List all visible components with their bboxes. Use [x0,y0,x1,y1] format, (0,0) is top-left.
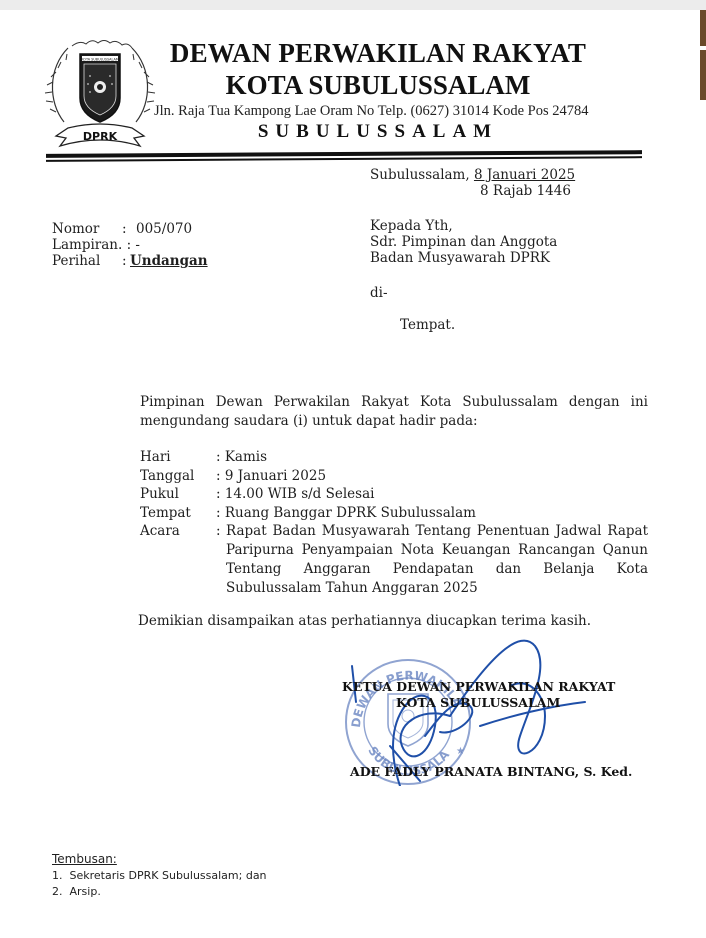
letterhead-title-line1: DEWAN PERWAKILAN RAKYAT [168,38,588,69]
detail-label-pukul: Pukul [140,486,179,502]
perihal-sep: : [122,253,130,269]
signatory-title-line2: KOTA SUBULUSSALAM [396,695,560,710]
lampiran-sep: : [127,237,132,253]
date-line: Subulussalam, 8 Januari 2025 [370,167,575,183]
tembusan-title: Tembusan: [52,852,117,866]
recipient-line5: Tempat. [400,317,455,333]
meta-nomor: Nomor:005/070 [52,221,192,237]
date-place: Subulussalam, [370,167,470,183]
meta-perihal: Perihal:Undangan [52,253,208,269]
tembusan-item-number: 2. [52,885,66,898]
acara-text: Rapat Badan Musyawarah Tentang Penentuan… [226,522,648,598]
letterhead-address: Jln. Raja Tua Kampong Lae Oram No Telp. … [154,103,614,120]
detail-value-tanggal: : 9 Januari 2025 [216,468,326,484]
letterhead-city: SUBULUSSALAM [168,121,588,143]
detail-value-acara: : Rapat Badan Musyawarah Tentang Penentu… [216,522,648,598]
detail-label-hari: Hari [140,449,171,465]
acara-sep: : [216,522,221,541]
nomor-value: 005/070 [136,221,192,237]
detail-value-pukul: : 14.00 WIB s/d Selesai [216,486,374,502]
nomor-sep: : [122,221,136,237]
detail-label-acara: Acara [140,523,180,539]
detail-label-tempat: Tempat [140,505,191,521]
recipient-line1: Kepada Yth, [370,218,453,234]
perihal-label: Perihal [52,253,122,269]
opening-paragraph: Pimpinan Dewan Perwakilan Rakyat Kota Su… [140,393,648,431]
date-gregorian: 8 Januari 2025 [474,167,575,183]
nomor-label: Nomor [52,221,122,237]
scan-edge [700,10,706,100]
tembusan-item: 2. Arsip. [52,885,101,898]
date-hijri: 8 Rajab 1446 [480,183,571,199]
lampiran-value: - [135,237,140,253]
perihal-value: Undangan [130,253,208,269]
svg-text:KOTA SUBULUSSALAM: KOTA SUBULUSSALAM [81,57,119,61]
recipient-line2: Sdr. Pimpinan dan Anggota [370,234,557,250]
recipient-line4: di- [370,285,388,301]
detail-value-tempat: : Ruang Banggar DPRK Subulussalam [216,505,476,521]
scan-top-shadow [0,0,706,10]
closing-sentence: Demikian disampaikan atas perhatiannya d… [138,613,591,629]
dprk-emblem-icon: KOTA SUBULUSSALAM DPRK [42,32,158,152]
tembusan-item-text: Sekretaris DPRK Subulussalam; dan [70,869,267,882]
letterhead-title-line2: KOTA SUBULUSSALAM [168,70,588,101]
tembusan-item-number: 1. [52,869,66,882]
svg-text:DPRK: DPRK [83,130,118,143]
detail-value-hari: : Kamis [216,449,267,465]
signatory-name: ADE FADLY PRANATA BINTANG, S. Ked. [350,764,632,779]
tembusan-item: 1. Sekretaris DPRK Subulussalam; dan [52,869,267,882]
tembusan-item-text: Arsip. [70,885,101,898]
meta-lampiran: Lampiran. : - [52,237,140,253]
signatory-title-line1: KETUA DEWAN PERWAKILAN RAKYAT [342,679,615,694]
detail-label-tanggal: Tanggal [140,468,194,484]
lampiran-label: Lampiran. [52,237,122,253]
recipient-line3: Badan Musyawarah DPRK [370,250,550,266]
